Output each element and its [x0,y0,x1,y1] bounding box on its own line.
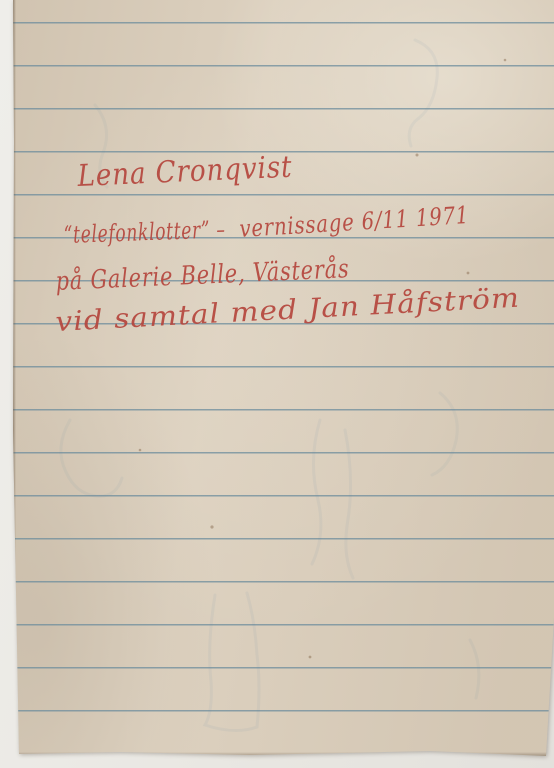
paper-bottom-edge-shadow [14,752,552,756]
paper-left-edge-shadow [13,0,16,756]
paper-specks [139,59,507,659]
handwriting-layer: Lena Cronqvist “telefonklotter” – vernis… [0,0,554,768]
handwriting-line-2a: “telefonklotter” – [63,215,226,249]
note-paper: Lena Cronqvist “telefonklotter” – vernis… [0,0,554,768]
handwriting-line-2b: vernissage 6/11 1971 [239,201,470,243]
handwriting-line-1: Lena Cronqvist [76,150,293,194]
handwriting-line-3: på Galerie Belle, Västerås [55,253,350,297]
photo-of-handwritten-note: Lena Cronqvist “telefonklotter” – vernis… [0,0,554,768]
ghost-sketch [61,40,479,731]
paper-sheet: Lena Cronqvist “telefonklotter” – vernis… [0,0,554,768]
